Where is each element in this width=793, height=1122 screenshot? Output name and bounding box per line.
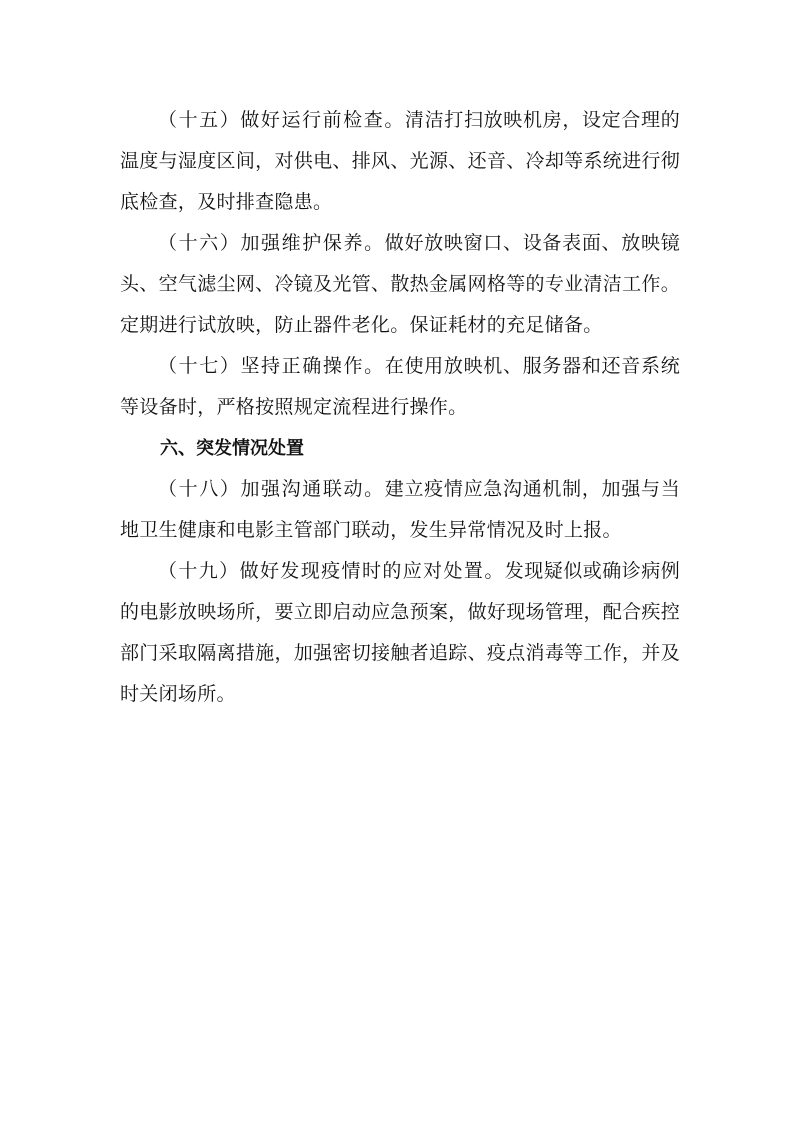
section-heading: 六、突发情况处置: [120, 428, 680, 469]
paragraph-18: （十八）加强沟通联动。建立疫情应急沟通机制，加强与当地卫生健康和电影主管部门联动…: [120, 469, 680, 551]
paragraph-lead: （十七）坚持正确操作。: [158, 355, 385, 377]
paragraph-lead: （十五）做好运行前检查。: [158, 109, 405, 131]
paragraph-19: （十九）做好发现疫情时的应对处置。发现疑似或确诊病例的电影放映场所，要立即启动应…: [120, 551, 680, 715]
paragraph-lead: （十六）加强维护保养。: [158, 232, 385, 254]
document-body: （十五）做好运行前检查。清洁打扫放映机房，设定合理的温度与湿度区间，对供电、排风…: [120, 100, 680, 715]
paragraph-15: （十五）做好运行前检查。清洁打扫放映机房，设定合理的温度与湿度区间，对供电、排风…: [120, 100, 680, 223]
paragraph-16: （十六）加强维护保养。做好放映窗口、设备表面、放映镜头、空气滤尘网、冷镜及光管、…: [120, 223, 680, 346]
paragraph-17: （十七）坚持正确操作。在使用放映机、服务器和还音系统等设备时，严格按照规定流程进…: [120, 346, 680, 428]
paragraph-lead: （十九）做好发现疫情时的应对处置。: [158, 560, 505, 582]
paragraph-lead: （十八）加强沟通联动。: [158, 478, 385, 500]
document-page: （十五）做好运行前检查。清洁打扫放映机房，设定合理的温度与湿度区间，对供电、排风…: [0, 0, 793, 1122]
